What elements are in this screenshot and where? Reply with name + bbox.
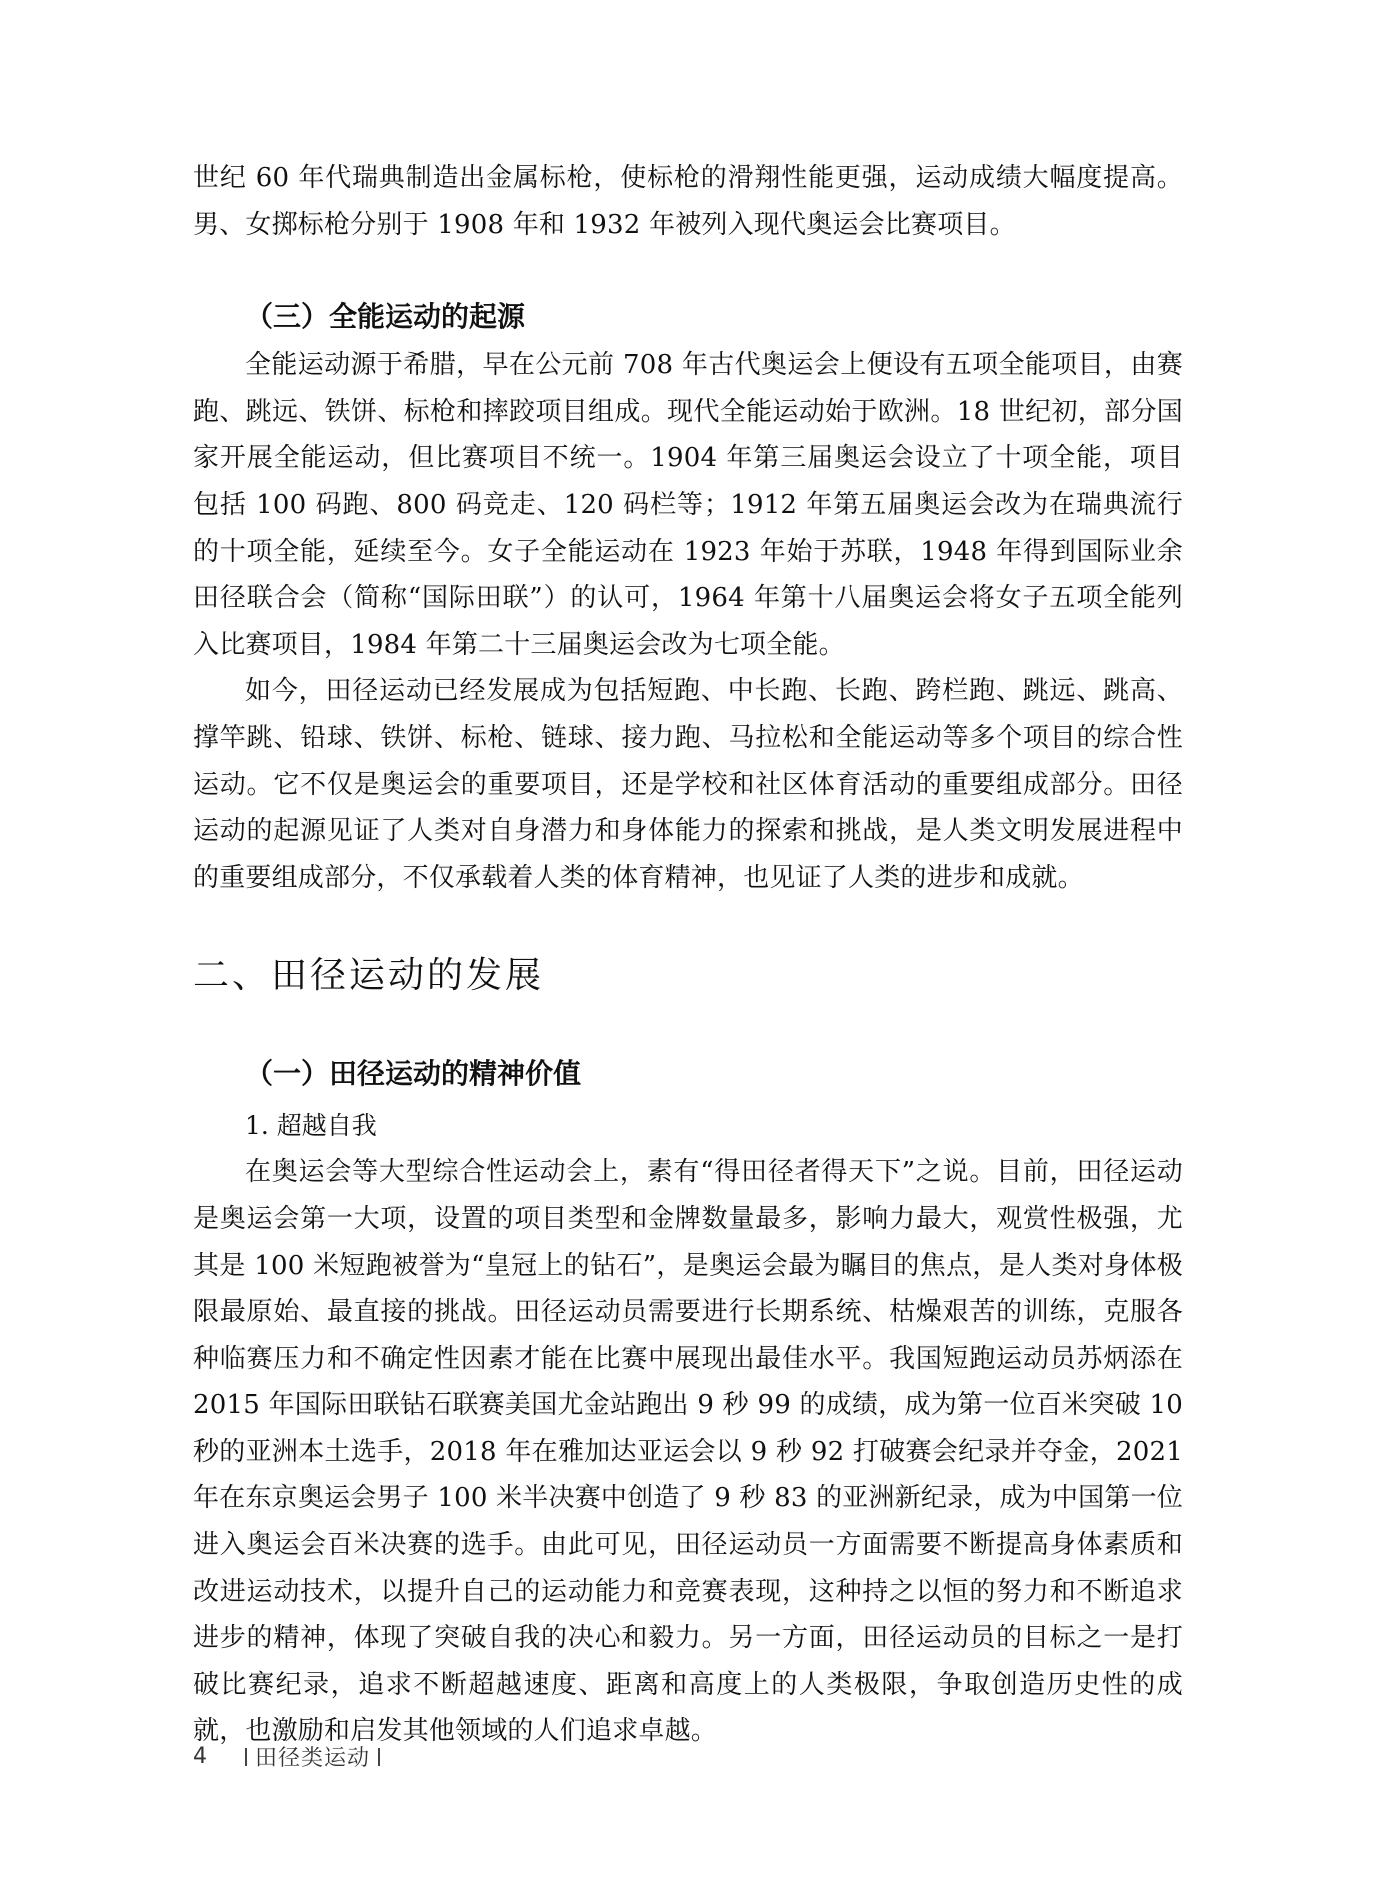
subsection-heading-decathlon-origin: （三）全能运动的起源: [193, 294, 1183, 340]
page-footer: 4 田径类运动: [193, 1741, 388, 1772]
subsection-heading-spiritual-value: （一）田径运动的精神价值: [193, 1051, 1183, 1097]
body-paragraph: 在奥运会等大型综合性运动会上，素有“得田径者得天下”之说。目前，田径运动是奥运会…: [193, 1149, 1183, 1755]
running-title: 田径类运动: [255, 1741, 370, 1772]
body-paragraph: 全能运动源于希腊，早在公元前 708 年古代奥运会上便设有五项全能项目，由赛跑、…: [193, 342, 1183, 668]
numbered-item-label: 1. 超越自我: [193, 1103, 1183, 1149]
divider-bar: [245, 1748, 247, 1766]
document-page: 世纪 60 年代瑞典制造出金属标枪，使标枪的滑翔性能更强，运动成绩大幅度提高。男…: [0, 0, 1374, 1891]
body-paragraph-continuation: 世纪 60 年代瑞典制造出金属标枪，使标枪的滑翔性能更强，运动成绩大幅度提高。男…: [193, 155, 1183, 248]
page-content: 世纪 60 年代瑞典制造出金属标枪，使标枪的滑翔性能更强，运动成绩大幅度提高。男…: [193, 155, 1183, 1755]
page-number: 4: [193, 1744, 237, 1769]
section-heading-development: 二、田径运动的发展: [193, 951, 1183, 1001]
divider-bar: [378, 1748, 380, 1766]
body-paragraph: 如今，田径运动已经发展成为包括短跑、中长跑、长跑、跨栏跑、跳远、跳高、撑竿跳、铅…: [193, 668, 1183, 901]
